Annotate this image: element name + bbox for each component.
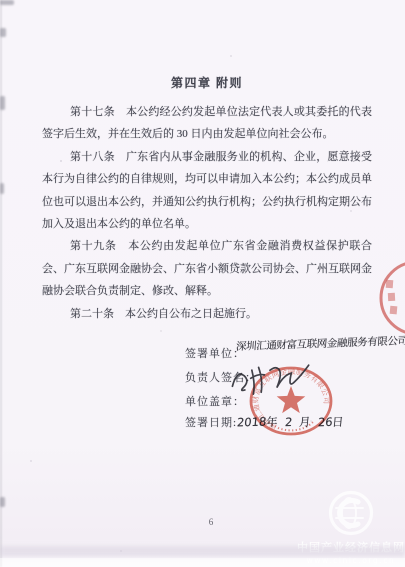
scan-artifact (0, 28, 6, 37)
article-20: 第二十条 本公约自公布之日起施行。 (42, 303, 372, 325)
signing-date-label: 签署日期: (185, 417, 237, 429)
scan-edge-strip (0, 0, 2, 567)
edge-seal (374, 256, 405, 344)
watermark-globe-icon (327, 489, 375, 537)
scan-artifact (0, 183, 4, 194)
article-18: 第十八条 广东省内从事金融服务业的机构、企业，愿意接受本行为自律公约的自律规则，… (42, 146, 372, 236)
scan-bottom-shadow (0, 546, 405, 557)
scan-artifact (0, 96, 5, 110)
scan-artifact (0, 497, 5, 507)
page-number: 6 (204, 517, 218, 527)
document-body: 第四章 附则 第十七条 本公约经公约发起单位法定代表人或其委托的代表签字后生效，… (42, 76, 372, 325)
scanned-document-page: 第四章 附则 第十七条 本公约经公约发起单位法定代表人或其委托的代表签字后生效，… (0, 0, 405, 567)
chapter-title: 第四章 附则 (42, 76, 372, 91)
scan-bottom-edge (0, 558, 405, 567)
handwritten-signature (227, 356, 319, 404)
scan-artifact (0, 0, 14, 5)
article-19: 第十九条 本公约由发起单位广东省金融消费权益保护联合会、广东互联网金融协会、广东… (42, 235, 372, 302)
article-17: 第十七条 本公约经公约发起单位法定代表人或其委托的代表签字后生效，并在生效后的 … (42, 101, 372, 146)
